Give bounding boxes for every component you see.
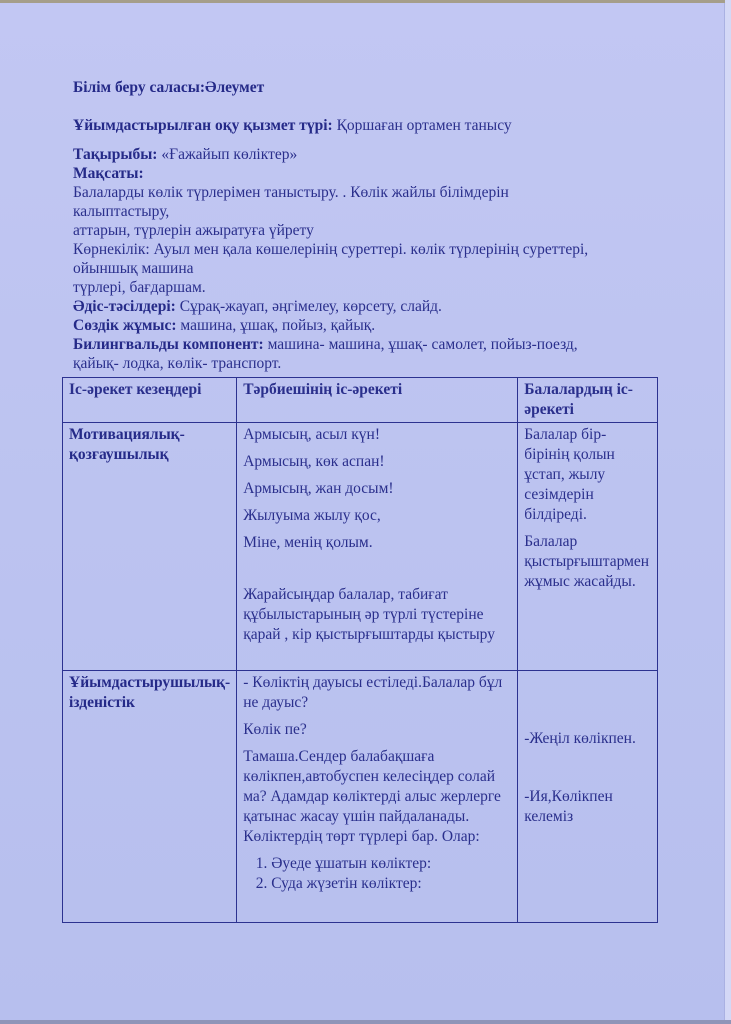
greeting-line: Армысың, жан досым! [243,479,511,499]
header-stage: Іс-әрекет кезеңдері [63,378,237,423]
activity-type-label: Ұйымдастырылған оқу қызмет түрі: [73,117,333,134]
methods-label: Әдіс-тәсілдері: [73,298,176,315]
education-field-label: Білім беру саласы: [73,79,205,96]
topic-label: Тақырыбы: [73,146,157,163]
header-children: Балалардың іс-әрекеті [518,378,658,423]
topic-value: «Ғажайып көліктер» [157,146,297,163]
education-field-value: Әлеумет [205,79,264,96]
children-text: Балалар қыстырғыштармен жұмыс жасайды. [524,532,651,592]
bilingual-label: Билингвальды компонент: [73,336,264,353]
stage-name: Ұйымдастырушылық-ізденістік [69,674,230,711]
stage-name: Мотивациялық-қозғаушылық [69,426,185,463]
methods-value: Сұрақ-жауап, әңгімелеу, көрсету, слайд. [176,298,442,315]
topic-section: Тақырыбы: «Ғажайып көліктер» Мақсаты: Ба… [73,145,673,373]
table-row: Мотивациялық-қозғаушылық Армысың, асыл к… [63,423,658,671]
instruction-text: Жарайсыңдар балалар, табиғат құбылыстары… [243,585,511,645]
greeting-line: Міне, менің қолым. [243,533,511,553]
teacher-text: Тамаша.Сендер балабақшаға көлікпен,автоб… [243,747,511,847]
goal-label: Мақсаты: [73,165,144,182]
greeting-line: Жылуыма жылу қос, [243,506,511,526]
vocabulary-value: машина, ұшақ, пойыз, қайық. [177,317,376,334]
page-edge [725,0,731,1024]
visual-aids-line: түрлері, бағдаршам. [73,278,673,297]
activity-type-line: Ұйымдастырылған оқу қызмет түрі: Қоршаға… [73,116,673,135]
children-activity: -Жеңіл көлікпен. -Ия,Көлікпен келеміз [518,671,658,923]
children-answer: -Ия,Көлікпен келеміз [524,787,651,827]
goal-line: аттарын, түрлерін ажыратуға үйрету [73,221,673,240]
vehicle-types-list: Әуеде ұшатын көліктер: Суда жүзетін көлі… [243,854,511,894]
greeting-line: Армысың, асыл күн! [243,425,511,445]
header-teacher: Тәрбиешінің іс-әрекеті [237,378,518,423]
background-strip-bottom [0,1020,731,1024]
children-answer: -Жеңіл көлікпен. [524,729,651,749]
teacher-text: Көлік пе? [243,720,511,740]
children-activity: Балалар бір-бірінің қолын ұстап, жылу се… [518,423,658,671]
visual-aids-line: ойыншық машина [73,259,673,278]
greeting-line: Армысың, көк аспан! [243,452,511,472]
visual-aids-line: Көрнекілік: Ауыл мен қала көшелерінің су… [73,240,673,259]
education-field-line: Білім беру саласы:Әлеумет [73,78,673,97]
goal-line: Балаларды көлік түрлерімен таныстыру. . … [73,183,673,202]
bilingual-value-cont: қайық- лодка, көлік- транспорт. [73,354,673,373]
teacher-text: - Көліктің дауысы естіледі.Балалар бұл н… [243,673,511,713]
teacher-activity: - Көліктің дауысы естіледі.Балалар бұл н… [237,671,518,923]
background-strip-top [0,0,731,3]
list-item: Әуеде ұшатын көліктер: [271,854,511,874]
table-row: Ұйымдастырушылық-ізденістік - Көліктің д… [63,671,658,923]
children-text: Балалар бір-бірінің қолын ұстап, жылу се… [524,425,651,525]
teacher-activity: Армысың, асыл күн! Армысың, көк аспан! А… [237,423,518,671]
bilingual-value: машина- машина, ұшақ- самолет, пойыз-пое… [264,336,578,353]
goal-line: калыптастыру, [73,202,673,221]
lesson-plan-table: Іс-әрекет кезеңдері Тәрбиешінің іс-әреке… [62,377,658,923]
activity-type-value: Қоршаған ортамен танысу [333,117,512,134]
table-header-row: Іс-әрекет кезеңдері Тәрбиешінің іс-әреке… [63,378,658,423]
vocabulary-label: Сөздік жұмыс: [73,317,177,334]
list-item: Суда жүзетін көліктер: [271,874,511,894]
